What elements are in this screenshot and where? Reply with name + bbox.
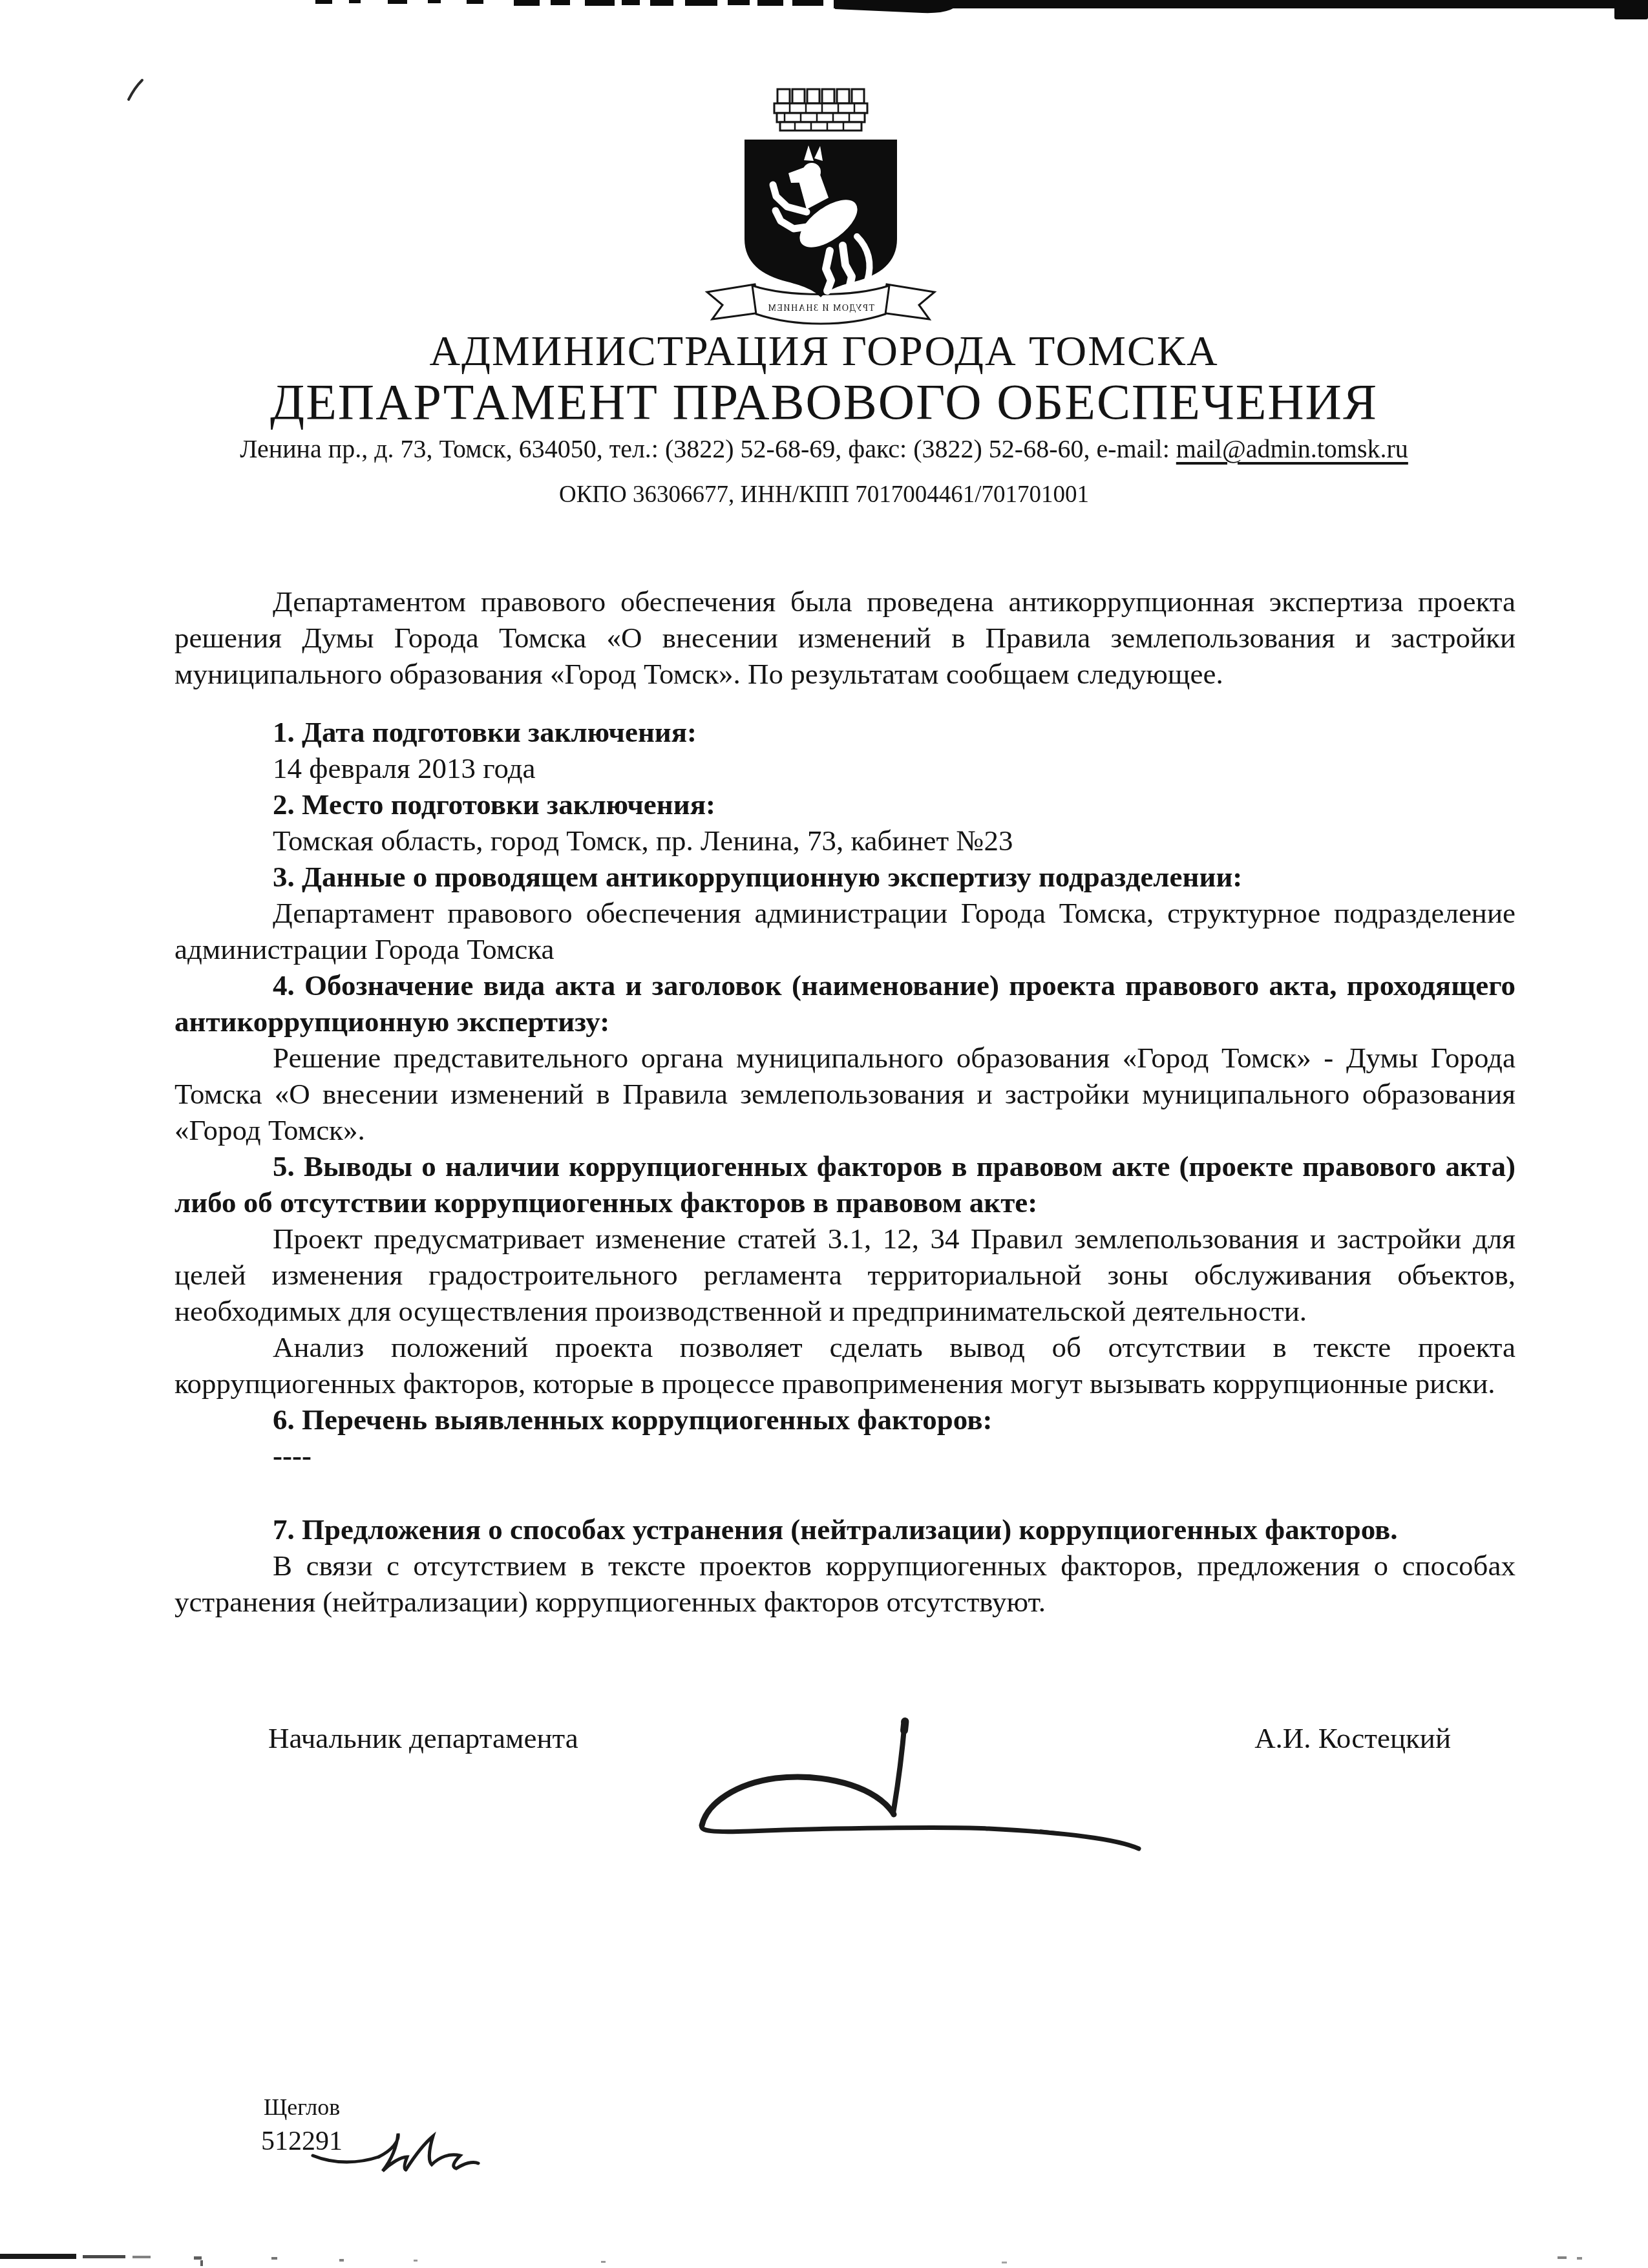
item-4-heading: 4. Обозначение вида акта и заголовок (на… (174, 967, 1516, 1040)
crown-icon (774, 89, 867, 131)
item-3-text: Департамент правового обеспечения админи… (174, 895, 1516, 967)
intro-paragraph: Департаментом правового обеспечения была… (174, 583, 1516, 692)
handwritten-signature (679, 1706, 1183, 1867)
registration-line: ОКПО 36306677, ИНН/КПП 7017004461/701701… (0, 481, 1648, 509)
executor-name: Щеглов (264, 2094, 343, 2121)
motto-text: ТРУДОМ И ЗНАНИЕМ (767, 304, 874, 313)
item-6-text: ---- (174, 1438, 1516, 1474)
contact-line: Ленина пр., д. 73, Томск, 634050, тел.: … (0, 434, 1648, 464)
item-1-text: 14 февраля 2013 года (174, 750, 1516, 786)
item-5-text-2: Анализ положений проекта позволяет сдела… (174, 1329, 1516, 1402)
item-6-heading: 6. Перечень выявленных коррупциогенных ф… (174, 1402, 1516, 1438)
tomsk-coat-of-arms: ТРУДОМ И ЗНАНИЕМ (685, 83, 956, 330)
executor-scribble (309, 2130, 483, 2188)
item-7-heading: 7. Предложения о способах устранения (не… (174, 1511, 1516, 1548)
address-phone-text: Ленина пр., д. 73, Томск, 634050, тел.: … (240, 434, 1176, 463)
item-4-text: Решение представительного органа муницип… (174, 1040, 1516, 1148)
item-2-text: Томская область, город Томск, пр. Ленина… (174, 823, 1516, 859)
letterhead: АДМИНИСТРАЦИЯ ГОРОДА ТОМСКА ДЕПАРТАМЕНТ … (0, 328, 1648, 509)
item-2-heading: 2. Место подготовки заключения: (174, 786, 1516, 823)
org-name: АДМИНИСТРАЦИЯ ГОРОДА ТОМСКА (0, 328, 1648, 375)
scan-artifact-bottom-edge (0, 2247, 1648, 2268)
item-5-text-1: Проект предусматривает изменение статей … (174, 1221, 1516, 1329)
item-5-heading: 5. Выводы о наличии коррупциогенных факт… (174, 1148, 1516, 1221)
scan-artifact-pen-tick (124, 78, 146, 103)
scan-artifact-top-edge (0, 0, 1648, 23)
item-7-text: В связи с отсутствием в тексте проектов … (174, 1548, 1516, 1620)
signer-position: Начальник департамента (268, 1720, 578, 1756)
item-1-heading: 1. Дата подготовки заключения: (174, 714, 1516, 750)
item-3-heading: 3. Данные о проводящем антикоррупционную… (174, 859, 1516, 895)
letter-body: Департаментом правового обеспечения была… (174, 583, 1516, 1620)
scanned-letter-page: ТРУДОМ И ЗНАНИЕМ (0, 0, 1648, 2268)
signer-name: А.И. Костецкий (1254, 1720, 1451, 1756)
department-name: ДЕПАРТАМЕНТ ПРАВОВОГО ОБЕСПЕЧЕНИЯ (0, 375, 1648, 429)
email-text: mail@admin.tomsk.ru (1176, 434, 1408, 463)
